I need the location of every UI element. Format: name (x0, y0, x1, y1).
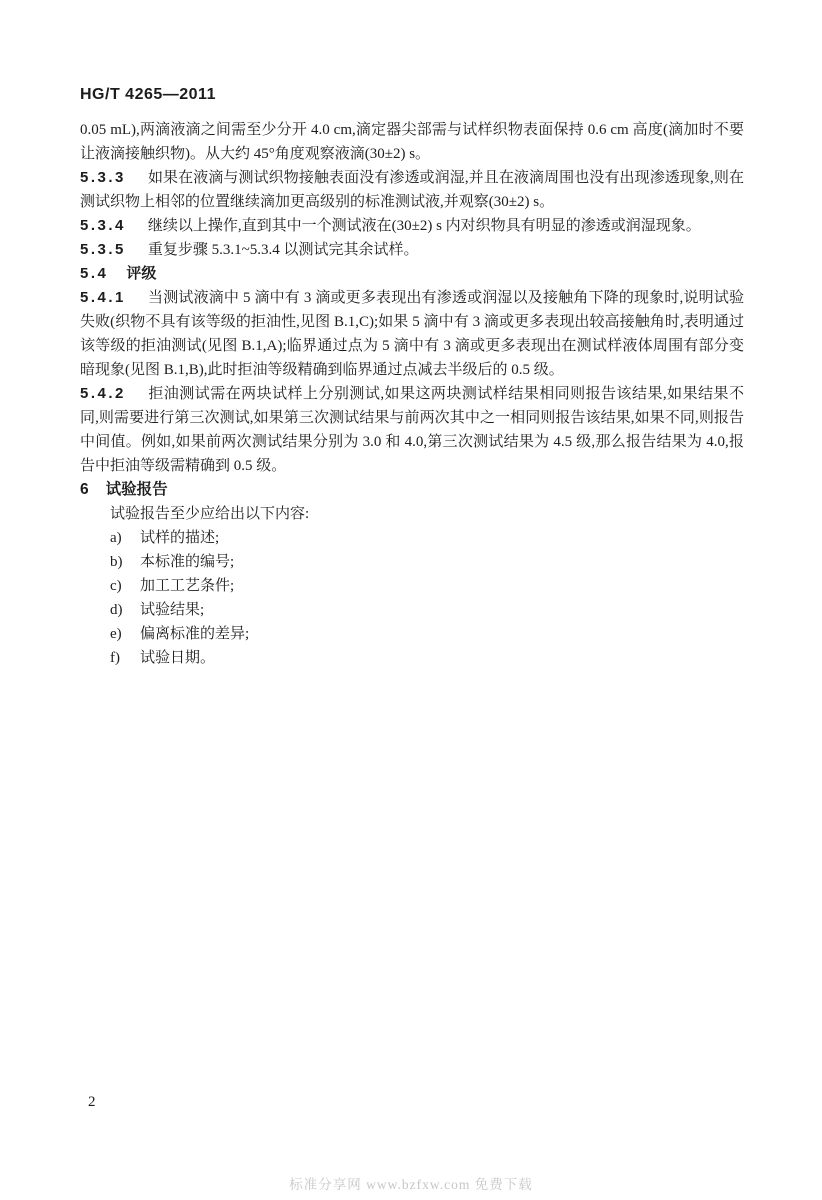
item-label: e) (110, 622, 140, 646)
paragraph-continuation: 0.05 mL),两滴液滴之间需至少分开 4.0 cm,滴定器尖部需与试样织物表… (80, 118, 744, 166)
clause-text: 如果在液滴与测试织物接触表面没有渗透或润湿,并且在液滴周围也没有出现渗透现象,则… (80, 170, 744, 210)
watermark-text: 标准分享网 www.bzfxw.com 免费下载 (0, 1173, 822, 1193)
list-item: f)试验日期。 (110, 646, 744, 670)
clause-number: 5.3.4 (80, 217, 126, 234)
list-item: d)试验结果; (110, 598, 744, 622)
document-page: HG/T 4265—2011 0.05 mL),两滴液滴之间需至少分开 4.0 … (0, 0, 822, 1200)
clause-number: 5.4.2 (80, 385, 126, 402)
clause-number: 5.4.1 (80, 289, 126, 306)
item-text: 加工工艺条件; (140, 578, 234, 594)
clause-5-3-4: 5.3.4继续以上操作,直到其中一个测试液在(30±2) s 内对织物具有明显的… (80, 214, 744, 238)
clause-number: 5.3.5 (80, 241, 126, 258)
item-text: 试验结果; (140, 602, 204, 618)
report-intro: 试验报告至少应给出以下内容: (80, 502, 744, 526)
page-number: 2 (88, 1094, 96, 1111)
list-item: b)本标准的编号; (110, 550, 744, 574)
list-item: c)加工工艺条件; (110, 574, 744, 598)
section-6-heading: 6试验报告 (80, 478, 744, 502)
item-text: 偏离标准的差异; (140, 626, 249, 642)
subsection-title: 评级 (126, 265, 156, 282)
item-label: f) (110, 646, 140, 670)
list-item: e)偏离标准的差异; (110, 622, 744, 646)
clause-text: 拒油测试需在两块试样上分别测试,如果这两块测试样结果相同则报告该结果,如果结果不… (80, 386, 744, 474)
clause-5-4-1: 5.4.1当测试液滴中 5 滴中有 3 滴或更多表现出有渗透或润湿以及接触角下降… (80, 286, 744, 382)
item-label: b) (110, 550, 140, 574)
clause-text: 继续以上操作,直到其中一个测试液在(30±2) s 内对织物具有明显的渗透或润湿… (148, 218, 701, 234)
clause-number: 5.3.3 (80, 169, 126, 186)
clause-5-3-3: 5.3.3如果在液滴与测试织物接触表面没有渗透或润湿,并且在液滴周围也没有出现渗… (80, 166, 744, 214)
page-content: 0.05 mL),两滴液滴之间需至少分开 4.0 cm,滴定器尖部需与试样织物表… (80, 118, 744, 670)
item-label: d) (110, 598, 140, 622)
item-text: 本标准的编号; (140, 554, 234, 570)
clause-text: 当测试液滴中 5 滴中有 3 滴或更多表现出有渗透或润湿以及接触角下降的现象时,… (80, 290, 744, 378)
section-number: 6 (80, 481, 89, 498)
list-item: a)试样的描述; (110, 526, 744, 550)
report-items-list: a)试样的描述; b)本标准的编号; c)加工工艺条件; d)试验结果; e)偏… (80, 526, 744, 670)
clause-text: 重复步骤 5.3.1~5.3.4 以测试完其余试样。 (148, 242, 419, 258)
item-text: 试样的描述; (140, 530, 219, 546)
section-title: 试验报告 (106, 481, 168, 498)
item-text: 试验日期。 (140, 650, 215, 666)
item-label: a) (110, 526, 140, 550)
subsection-5-4-heading: 5.4评级 (80, 262, 744, 286)
item-label: c) (110, 574, 140, 598)
clause-5-3-5: 5.3.5重复步骤 5.3.1~5.3.4 以测试完其余试样。 (80, 238, 744, 262)
standard-number: HG/T 4265—2011 (80, 86, 216, 104)
clause-5-4-2: 5.4.2拒油测试需在两块试样上分别测试,如果这两块测试样结果相同则报告该结果,… (80, 382, 744, 478)
subsection-number: 5.4 (80, 265, 108, 282)
